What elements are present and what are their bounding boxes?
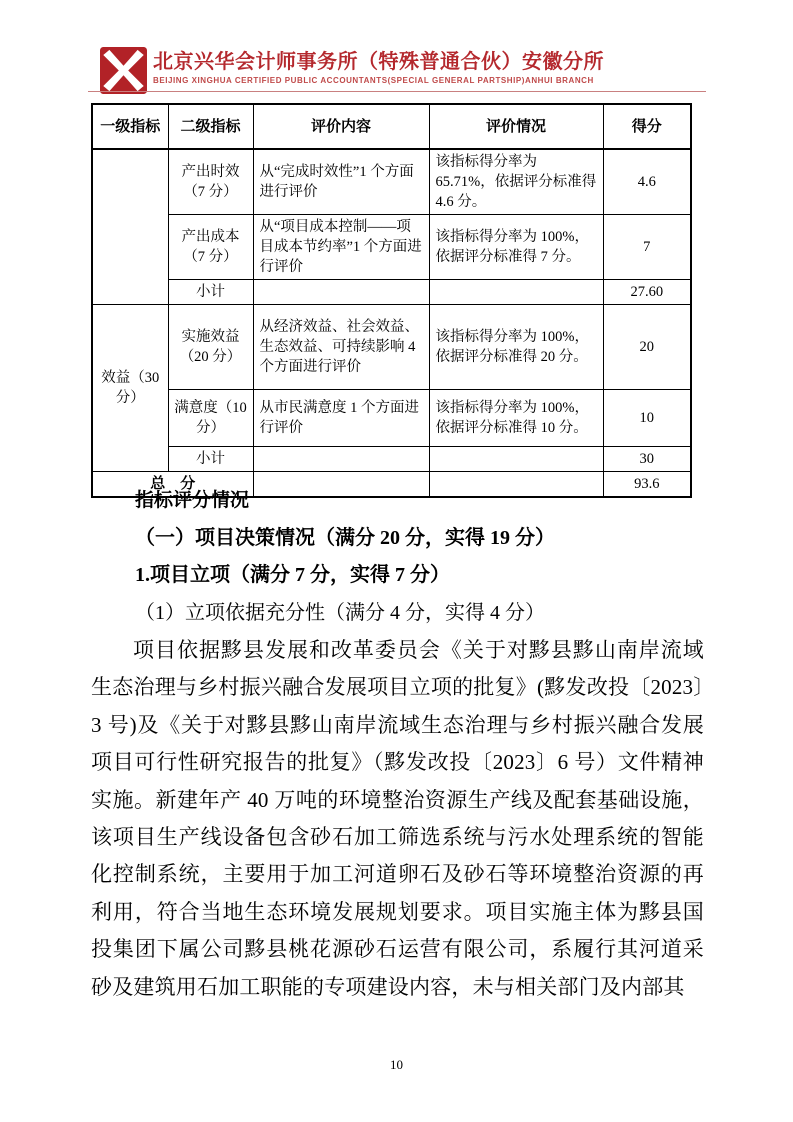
empty-cell: [429, 447, 603, 472]
situation-cell: 该指标得分率为 100%，依据评分标准得 10 分。: [429, 390, 603, 447]
section-heading: 指标评分情况: [91, 482, 704, 520]
body-text-section: 指标评分情况 （一）项目决策情况（满分 20 分，实得 19 分） 1.项目立项…: [91, 482, 704, 1006]
content-cell: 从“完成时效性”1 个方面进行评价: [253, 149, 429, 215]
col-header-level1: 一级指标: [92, 104, 168, 149]
org-name-cn: 北京兴华会计师事务所（特殊普通合伙）安徽分所: [153, 49, 604, 75]
subtotal-label: 小计: [168, 280, 253, 305]
score-cell: 7: [603, 215, 691, 280]
situation-cell: 该指标得分率为 65.71%，依据评分标准得 4.6 分。: [429, 149, 603, 215]
subsection-heading-2: 1.项目立项（满分 7 分，实得 7 分）: [91, 557, 704, 595]
xinghua-logo-icon: [100, 47, 147, 94]
letterhead: 北京兴华会计师事务所（特殊普通合伙）安徽分所 BEIJING XINGHUA C…: [100, 47, 604, 94]
letterhead-text: 北京兴华会计师事务所（特殊普通合伙）安徽分所 BEIJING XINGHUA C…: [153, 47, 604, 86]
table-row: 满意度（10 分） 从市民满意度 1 个方面进行评价 该指标得分率为 100%，…: [92, 390, 691, 447]
content-cell: 从“项目成本控制——项目成本节约率”1 个方面进行评价: [253, 215, 429, 280]
level1-cell-output: [92, 149, 168, 305]
level2-cell: 实施效益（20 分）: [168, 305, 253, 390]
empty-cell: [429, 280, 603, 305]
level2-cell: 产出时效（7 分）: [168, 149, 253, 215]
col-header-score: 得分: [603, 104, 691, 149]
letterhead-divider: [88, 91, 706, 92]
subtotal-score: 27.60: [603, 280, 691, 305]
score-cell: 20: [603, 305, 691, 390]
col-header-situation: 评价情况: [429, 104, 603, 149]
subtotal-score: 30: [603, 447, 691, 472]
subtotal-row: 小计 30: [92, 447, 691, 472]
org-name-en: BEIJING XINGHUA CERTIFIED PUBLIC ACCOUNT…: [153, 75, 604, 86]
subsection-heading-3: （1）立项依据充分性（满分 4 分，实得 4 分）: [91, 595, 704, 633]
score-cell: 10: [603, 390, 691, 447]
level2-cell: 满意度（10 分）: [168, 390, 253, 447]
level1-cell-benefit: 效益（30 分）: [92, 305, 168, 472]
content-cell: 从经济效益、社会效益、生态效益、可持续影响 4 个方面进行评价: [253, 305, 429, 390]
table-row: 产出时效（7 分） 从“完成时效性”1 个方面进行评价 该指标得分率为 65.7…: [92, 149, 691, 215]
score-cell: 4.6: [603, 149, 691, 215]
col-header-level2: 二级指标: [168, 104, 253, 149]
level2-cell: 产出成本（7 分）: [168, 215, 253, 280]
page-number: 10: [0, 1057, 793, 1073]
score-table: 一级指标 二级指标 评价内容 评价情况 得分 产出时效（7 分） 从“完成时效性…: [91, 103, 692, 498]
subsection-heading-1: （一）项目决策情况（满分 20 分，实得 19 分）: [91, 520, 704, 558]
empty-cell: [253, 280, 429, 305]
subtotal-row: 小计 27.60: [92, 280, 691, 305]
table-row: 效益（30 分） 实施效益（20 分） 从经济效益、社会效益、生态效益、可持续影…: [92, 305, 691, 390]
document-page: 北京兴华会计师事务所（特殊普通合伙）安徽分所 BEIJING XINGHUA C…: [0, 0, 793, 1122]
content-cell: 从市民满意度 1 个方面进行评价: [253, 390, 429, 447]
situation-cell: 该指标得分率为 100%，依据评分标准得 7 分。: [429, 215, 603, 280]
table-row: 产出成本（7 分） 从“项目成本控制——项目成本节约率”1 个方面进行评价 该指…: [92, 215, 691, 280]
subtotal-label: 小计: [168, 447, 253, 472]
body-paragraph: 项目依据黟县发展和改革委员会《关于对黟县黟山南岸流域生态治理与乡村振兴融合发展项…: [91, 632, 704, 1006]
col-header-content: 评价内容: [253, 104, 429, 149]
table-header-row: 一级指标 二级指标 评价内容 评价情况 得分: [92, 104, 691, 149]
empty-cell: [253, 447, 429, 472]
situation-cell: 该指标得分率为 100%，依据评分标准得 20 分。: [429, 305, 603, 390]
